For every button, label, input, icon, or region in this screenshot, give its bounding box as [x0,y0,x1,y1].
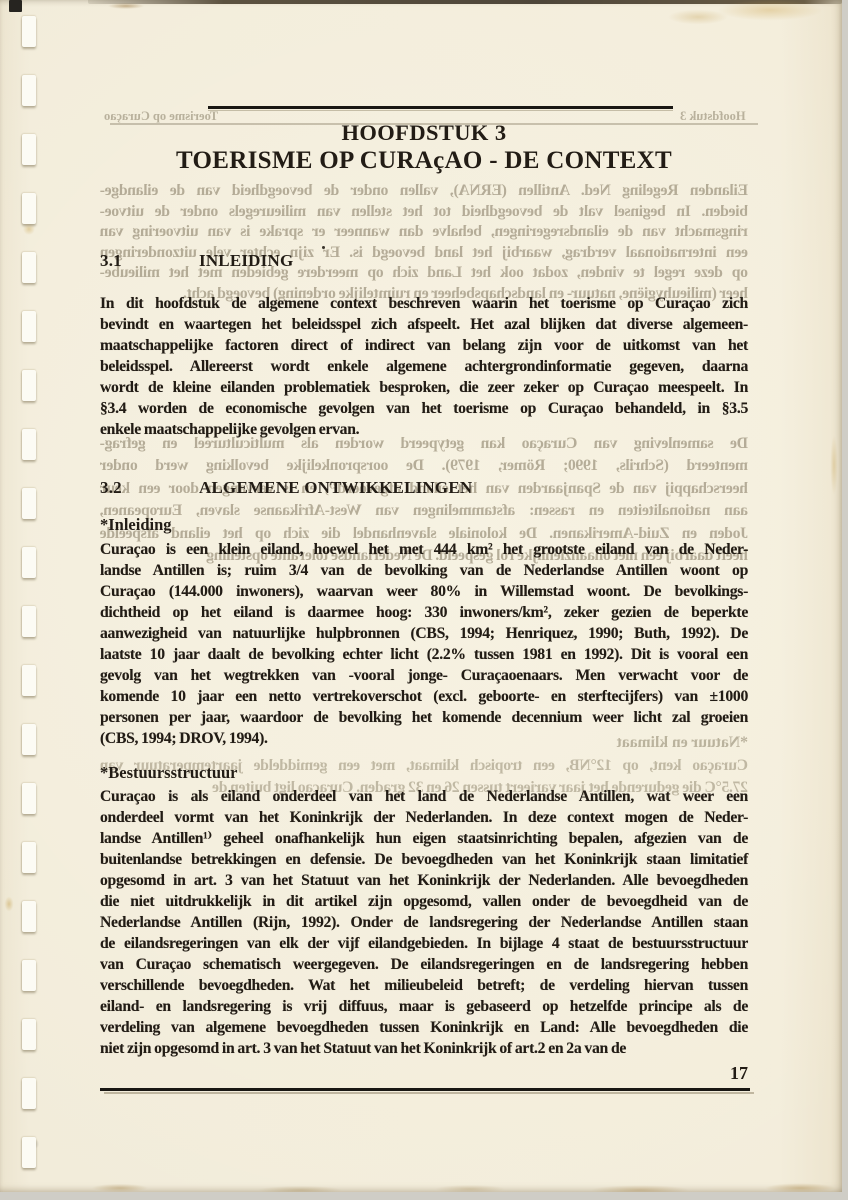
text-line: bevindt en waartegen het beleidsspel zic… [100,314,748,335]
text-line: beleidsspel. Allereerst wordt enkele alg… [100,356,748,377]
text-line: eiland- en landsregering is vrij diffuus… [100,996,748,1017]
subheading-inleiding: *Inleiding [100,515,748,535]
text-line: verschillende bevoegdheden. Wat het mili… [100,975,748,996]
scan-corner-mark [9,0,22,12]
bleedthrough-line: bieden. In beginsel valt de bevoegdheid … [100,202,748,223]
chapter-number-title: HOOFDSTUK 3 [100,120,748,146]
text-line: gevolg van het wegtrekken van -vooral jo… [100,665,748,686]
paper-sheet: Toerisme op Curaçao Hoofdstuk 3 Eilanden… [0,0,842,1192]
binding-hole [22,16,36,47]
binding-hole [22,901,36,932]
binding-hole [22,134,36,165]
text-line: personen per jaar, waardoor de bevolking… [100,707,748,728]
binding-hole [22,960,36,991]
ink-speck [322,246,325,249]
binding-hole [22,1019,36,1050]
text-line: enkele maatschappelijke gevolgen ervan. [100,419,748,440]
text-line: Curaçao is een klein eiland, hoewel het … [100,539,748,560]
text-line: dichtheid op het eiland is daarmee hoog:… [100,602,748,623]
bleedthrough-line: ringsmacht van de eilandsregeringen, beh… [100,222,748,243]
chapter-header-rule [208,106,673,109]
text-line: buitenlandse betrekkingen en defensie. D… [100,849,748,870]
text-line: landse Antillen is; ruim 3/4 van de bevo… [100,560,748,581]
binding-hole [22,1078,36,1109]
text-line: wordt de kleine eilanden problematiek be… [100,377,748,398]
binding-hole [22,193,36,224]
paper-stain [828,420,840,510]
binding-hole [22,429,36,460]
text-line: Curaçao (144.000 inwoners), waarvan weer… [100,581,748,602]
binding-hole [22,370,36,401]
text-line: Curaçao is als eiland onderdeel van het … [100,786,748,807]
text-line: van Curaçao schematisch weergegeven. De … [100,954,748,975]
scanned-document-page: { "doc": { "title_line1": "HOOFDSTUK 3",… [0,0,848,1200]
text-line: In dit hoofdstuk de algemene context bes… [100,293,748,314]
section-number: 3.1 [100,251,199,271]
text-line: opgesomd in art. 3 van het Statuut van h… [100,870,748,891]
text-line: niet zijn opgesomd in art. 3 van het Sta… [100,1038,748,1059]
text-line: Nederlandse Antillen (Rijn, 1992). Onder… [100,912,748,933]
page-content: Toerisme op Curaçao Hoofdstuk 3 Eilanden… [100,0,748,1200]
text-line: de eilandsregeringen van elk der vijf ei… [100,933,748,954]
binding-hole [22,1137,36,1168]
text-line: verdeling van algemene bevoegdheden tuss… [100,1017,748,1038]
binding-hole [22,665,36,696]
text-line: onderdeel vormt van het Koninkrijk der N… [100,807,748,828]
paragraph-inleiding-3-1: In dit hoofdstuk de algemene context bes… [100,293,748,440]
text-line: landse Antillen¹⁾ geheel onafhankelijk h… [100,828,748,849]
binding-holes [22,16,36,1196]
binding-hole [22,606,36,637]
binding-hole [22,783,36,814]
binding-hole [22,75,36,106]
section-title: ALGEMENE ONTWIKKELINGEN [199,478,472,498]
text-line: die niet uitdrukkelijk in dit artikel zi… [100,891,748,912]
text-line: §3.4 worden de economische gevolgen van … [100,398,748,419]
binding-hole [22,724,36,755]
section-number: 3.2 [100,478,199,498]
text-line: laatste 10 jaar daalt de bevolking echte… [100,644,748,665]
section-title: INLEIDING [199,251,293,271]
footer-rule-shadow [104,1092,754,1094]
text-line: aanwezigheid van natuurlijke hulpbronnen… [100,623,748,644]
section-heading-3-2: 3.2 ALGEMENE ONTWIKKELINGEN [100,478,748,498]
bleedthrough-line: menteerd (Schrils, 1990; Römer, 1979). D… [100,455,748,477]
binding-hole [22,488,36,519]
binding-hole [22,252,36,283]
section-heading-3-1: 3.1 INLEIDING [100,251,748,271]
paragraph-bestuursstructuur: Curaçao is als eiland onderdeel van het … [100,786,748,1059]
text-line: komende 10 jaar een netto vertrekoversch… [100,686,748,707]
binding-hole [22,842,36,873]
bleedthrough-paragraph-a: Eilanden Regeling Ned. Antillen (ERNA), … [100,181,748,305]
page-number: 17 [100,1063,750,1084]
paper-stain [2,893,16,915]
text-line: maatschappelijke factoren direct of indi… [100,335,748,356]
subheading-bestuursstructuur: *Bestuursstructuur [100,763,748,783]
binding-hole [22,547,36,578]
chapter-title: TOERISME OP CURAçAO - DE CONTEXT [100,147,748,175]
paragraph-inleiding-3-2: Curaçao is een klein eiland, hoewel het … [100,539,748,749]
footer-rule [100,1088,750,1091]
bleedthrough-line: Eilanden Regeling Ned. Antillen (ERNA), … [100,181,748,202]
chapter-header-rule-shadow [208,110,673,111]
text-line: (CBS, 1994; DROV, 1994). [100,728,748,749]
binding-hole [22,311,36,342]
